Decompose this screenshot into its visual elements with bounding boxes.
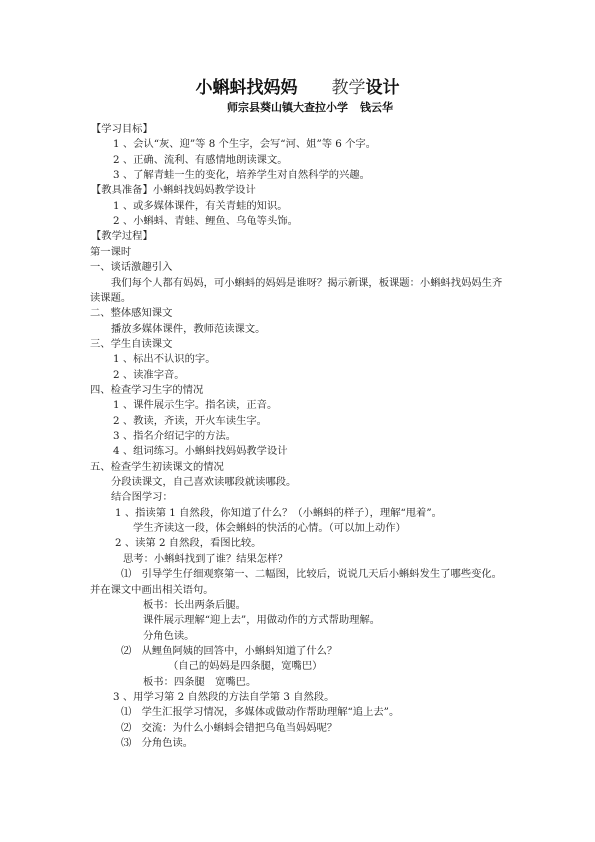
document-page: 小蝌蚪找妈妈教学设计 师宗县葵山镇大查拉小学钱云华 【学习目标】1 、会认“灰、… xyxy=(0,0,595,842)
text-line: 五、检查学生初读课文的情况 xyxy=(90,460,224,475)
text-line: 2 、正确、流利、有感情地朗读课文。 xyxy=(113,153,288,168)
text-line: ⑴ 学生汇报学习情况，多媒体或做动作帮助理解“追上去”。 xyxy=(121,705,399,720)
text-line: 板书：长出两条后腿。 xyxy=(143,598,246,613)
document-title: 小蝌蚪找妈妈教学设计 xyxy=(0,77,595,99)
text-line: 3 、用学习第 2 自然段的方法自学第 3 自然段。 xyxy=(113,690,334,705)
text-line: 2 、小蝌蚪、青蛙、鲤鱼、乌龟等头饰。 xyxy=(113,214,298,229)
text-line: 2 、读第 2 自然段，看图比较。 xyxy=(115,536,261,551)
text-line: ⑶ 分角色读。 xyxy=(121,736,193,751)
text-line: ⑵ 交流：为什么小蝌蚪会错把乌龟当妈妈呢？ xyxy=(121,721,337,736)
title-main: 小蝌蚪找妈妈 xyxy=(196,78,298,98)
text-line: 分段读课文，自己喜欢读哪段就读哪段。 xyxy=(111,475,296,490)
text-line: 分角色读。 xyxy=(143,629,194,644)
text-line: 四、检查学习生字的情况 xyxy=(90,383,203,398)
text-line: 并在课文中画出相关语句。 xyxy=(90,583,214,598)
text-line: ⑵ 从鲤鱼阿姨的回答中，小蝌蚪知道了什么？ xyxy=(121,644,337,659)
text-line: 第一课时 xyxy=(90,245,131,260)
text-line: 我们每个人都有妈妈，可小蝌蚪的妈妈是谁呀？揭示新课，板课题：小蝌蚪找妈妈生齐 xyxy=(111,276,502,291)
document-subtitle: 师宗县葵山镇大查拉小学钱云华 xyxy=(227,101,393,115)
text-line: 【教学过程】 xyxy=(91,229,153,244)
title-sub-regular: 教学 xyxy=(332,78,366,98)
text-line: 【教具准备】小蝌蚪找妈妈教学设计 xyxy=(91,183,256,198)
text-line: 课件展示理解“迎上去”，用做动作的方式帮助理解。 xyxy=(143,613,380,628)
text-line: 三、学生自读课文 xyxy=(90,337,172,352)
text-line: 2 、教读，齐读，开火车读生字。 xyxy=(113,414,267,429)
text-line: 1 、标出不认识的字。 xyxy=(113,352,216,367)
text-line: 1 、指读第 1 自然段，你知道了什么？（小蝌蚪的样子），理解“甩着”。 xyxy=(115,506,442,521)
text-line: 思考：小蝌蚪找到了谁？结果怎样？ xyxy=(123,552,288,567)
text-line: 4 、组词练习。小蝌蚪找妈妈教学设计 xyxy=(113,444,288,459)
text-line: 2 、读准字音。 xyxy=(113,368,185,383)
text-line: 【学习目标】 xyxy=(91,122,153,137)
text-line: 一、谈话激趣引入 xyxy=(90,260,172,275)
text-line: ⑴ 引导学生仔细观察第一、二幅图，比较后，说说几天后小蝌蚪发生了哪些变化。 xyxy=(121,567,502,582)
text-line: 播放多媒体课件，教师范读课文。 xyxy=(111,322,265,337)
title-sub-bold: 设计 xyxy=(366,78,400,98)
text-line: 二、整体感知课文 xyxy=(90,306,172,321)
text-line: 1 、或多媒体课件，有关青蛙的知识。 xyxy=(113,199,288,214)
text-line: 学生齐读这一段，体会蝌蚪的快活的心情。（可以加上动作） xyxy=(133,521,406,536)
text-line: 3 、了解青蛙一生的变化，培养学生对自然科学的兴趣。 xyxy=(113,168,370,183)
text-line: 结合图学习： xyxy=(111,490,173,505)
text-line: 3 、指名介绍记字的方法。 xyxy=(113,429,236,444)
school-name: 师宗县葵山镇大查拉小学 xyxy=(227,101,348,114)
text-line: 读课题。 xyxy=(90,291,131,306)
text-line: （自己的妈妈是四条腿，宽嘴巴） xyxy=(168,659,322,674)
text-line: 板书：四条腿 宽嘴巴。 xyxy=(143,675,256,690)
text-line: 1 、会认“灰、迎”等 8 个生字，会写“河、姐”等 6 个字。 xyxy=(113,137,376,152)
text-line: 1 、课件展示生字。指名读，正音。 xyxy=(113,398,277,413)
author-name: 钱云华 xyxy=(360,101,393,114)
